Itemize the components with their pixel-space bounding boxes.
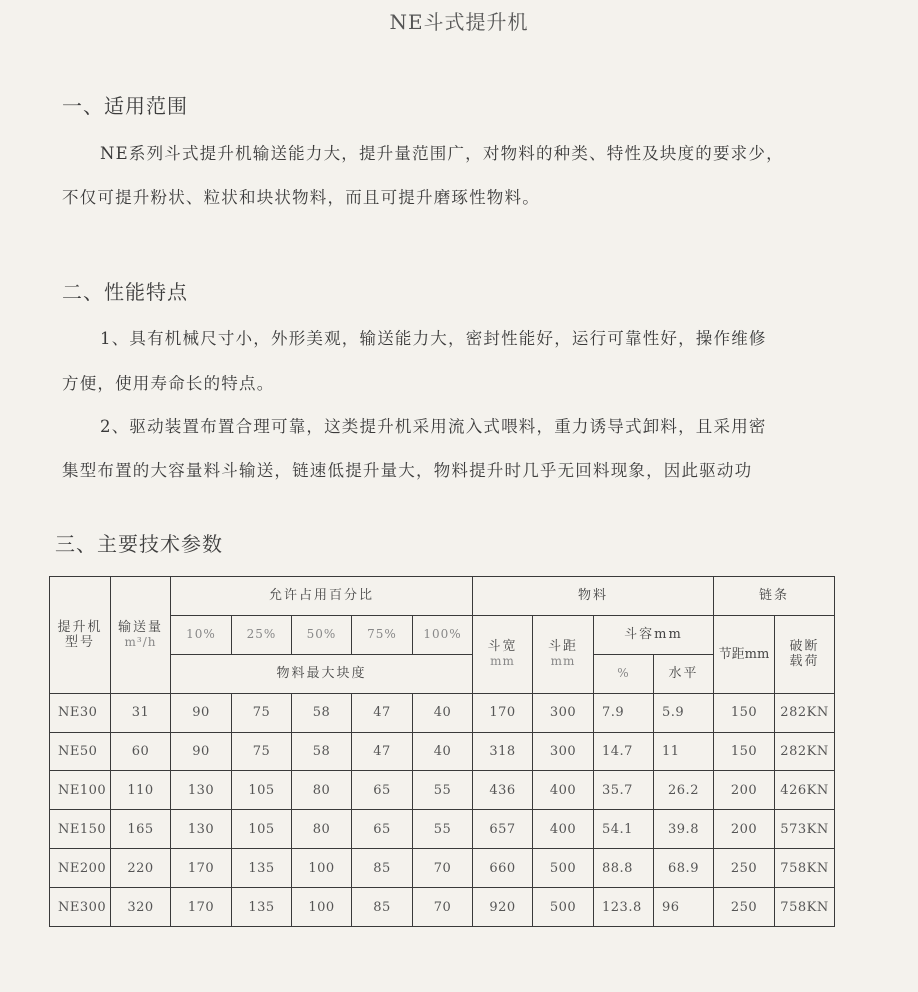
cell: 31 (111, 693, 171, 732)
cell: 65 (352, 810, 413, 849)
cell: 65 (352, 771, 413, 810)
cell: 75 (232, 732, 292, 771)
cell-model: NE200 (50, 849, 111, 888)
header-chain-group: 链条 (714, 577, 835, 616)
table-row: NE300 320 170 135 100 85 70 920 500 123.… (50, 888, 835, 927)
table-row: NE30 31 90 75 58 47 40 170 300 7.9 5.9 1… (50, 693, 835, 732)
cell: 135 (232, 849, 292, 888)
cell: 130 (171, 771, 232, 810)
cell: 135 (232, 888, 292, 927)
cell: 105 (232, 810, 292, 849)
table-row: NE50 60 90 75 58 47 40 318 300 14.7 11 1… (50, 732, 835, 771)
cell: 150 (714, 732, 775, 771)
cell: 282KN (775, 732, 835, 771)
table-row: NE200 220 170 135 100 85 70 660 500 88.8… (50, 849, 835, 888)
header-model-line1: 提升机 (50, 620, 110, 635)
cell: 60 (111, 732, 171, 771)
cell: 400 (533, 810, 594, 849)
cell: 920 (473, 888, 533, 927)
header-capacity: 输送量 m³/h (111, 577, 171, 694)
cell: 660 (473, 849, 533, 888)
cell: 47 (352, 693, 413, 732)
cell: 80 (292, 771, 352, 810)
cell: 47 (352, 732, 413, 771)
cell: 7.9 (594, 693, 654, 732)
paragraph: 1、具有机械尺寸小，外形美观，输送能力大，密封性能好，运行可靠性好，操作维修 (100, 325, 890, 349)
table-row: NE150 165 130 105 80 65 55 657 400 54.1 … (50, 810, 835, 849)
header-model-line2: 型号 (50, 635, 110, 650)
cell: 14.7 (594, 732, 654, 771)
cell: 105 (232, 771, 292, 810)
cell: 250 (714, 888, 775, 927)
header-bucket-width: 斗宽 mm (473, 615, 533, 693)
cell: 130 (171, 810, 232, 849)
cell: 300 (533, 693, 594, 732)
section-heading-specs: 三、主要技术参数 (55, 528, 223, 557)
cell: 75 (232, 693, 292, 732)
header-bucket-spacing-unit: mm (533, 654, 593, 669)
cell: 250 (714, 849, 775, 888)
cell: 123.8 (594, 888, 654, 927)
cell-model: NE50 (50, 732, 111, 771)
cell: 200 (714, 771, 775, 810)
cell: 150 (714, 693, 775, 732)
cell-model: NE100 (50, 771, 111, 810)
cell: 88.8 (594, 849, 654, 888)
header-occupancy-50: 50% (292, 615, 352, 654)
cell: 500 (533, 849, 594, 888)
spec-table: 提升机 型号 输送量 m³/h 允许占用百分比 物料 链条 10% 25% 50… (49, 576, 835, 927)
header-occupancy-25: 25% (232, 615, 292, 654)
cell: 39.8 (654, 810, 714, 849)
header-breaking-load: 破断 载荷 (775, 615, 835, 693)
paragraph: 2、驱动装置布置合理可靠，这类提升机采用流入式喂料，重力诱导式卸料，且采用密 (100, 413, 890, 437)
section-heading-scope: 一、适用范围 (62, 90, 188, 119)
header-occupancy-75: 75% (352, 615, 413, 654)
cell: 85 (352, 849, 413, 888)
cell: 11 (654, 732, 714, 771)
cell: 170 (473, 693, 533, 732)
header-bucket-width-unit: mm (473, 654, 532, 669)
cell-model: NE30 (50, 693, 111, 732)
cell: 90 (171, 693, 232, 732)
header-pitch: 节距mm (714, 615, 775, 693)
section-heading-features: 二、性能特点 (62, 276, 188, 305)
cell: 300 (533, 732, 594, 771)
cell: 657 (473, 810, 533, 849)
paragraph: 方便，使用寿命长的特点。 (62, 370, 852, 394)
cell: 573KN (775, 810, 835, 849)
cell: 35.7 (594, 771, 654, 810)
paragraph: NE系列斗式提升机输送能力大，提升量范围广，对物料的种类、特性及块度的要求少， (100, 140, 890, 164)
header-breaking-load-line1: 破断 (775, 639, 834, 654)
cell: 58 (292, 732, 352, 771)
cell-model: NE150 (50, 810, 111, 849)
cell: 70 (413, 849, 473, 888)
cell: 26.2 (654, 771, 714, 810)
cell: 5.9 (654, 693, 714, 732)
cell: 100 (292, 849, 352, 888)
cell: 68.9 (654, 849, 714, 888)
cell: 400 (533, 771, 594, 810)
header-capacity-label: 输送量 (111, 620, 170, 635)
cell: 70 (413, 888, 473, 927)
cell: 100 (292, 888, 352, 927)
cell: 110 (111, 771, 171, 810)
header-occupancy-group: 允许占用百分比 (171, 577, 473, 616)
table-row: NE100 110 130 105 80 65 55 436 400 35.7 … (50, 771, 835, 810)
cell: 318 (473, 732, 533, 771)
cell: 90 (171, 732, 232, 771)
header-model: 提升机 型号 (50, 577, 111, 694)
cell: 758KN (775, 849, 835, 888)
cell: 170 (171, 888, 232, 927)
cell: 500 (533, 888, 594, 927)
cell: 58 (292, 693, 352, 732)
cell: 54.1 (594, 810, 654, 849)
cell: 426KN (775, 771, 835, 810)
cell: 170 (171, 849, 232, 888)
header-breaking-load-line2: 载荷 (775, 654, 834, 669)
header-occupancy-10: 10% (171, 615, 232, 654)
cell: 96 (654, 888, 714, 927)
header-bucket-spacing: 斗距 mm (533, 615, 594, 693)
header-bucket-volume: 斗容mm (594, 615, 714, 654)
page-title: NE斗式提升机 (0, 6, 918, 35)
cell: 758KN (775, 888, 835, 927)
cell: 40 (413, 732, 473, 771)
cell: 220 (111, 849, 171, 888)
cell: 165 (111, 810, 171, 849)
header-capacity-unit: m³/h (111, 635, 170, 650)
cell: 80 (292, 810, 352, 849)
cell: 55 (413, 810, 473, 849)
cell: 436 (473, 771, 533, 810)
cell: 55 (413, 771, 473, 810)
paragraph: 集型布置的大容量料斗输送，链速低提升量大，物料提升时几乎无回料现象，因此驱动功 (62, 457, 852, 481)
cell: 40 (413, 693, 473, 732)
cell: 320 (111, 888, 171, 927)
cell: 282KN (775, 693, 835, 732)
header-max-lump: 物料最大块度 (171, 654, 473, 693)
header-occupancy-100: 100% (413, 615, 473, 654)
header-volume-percent: % (594, 654, 654, 693)
header-volume-level: 水平 (654, 654, 714, 693)
paragraph: 不仅可提升粉状、粒状和块状物料，而且可提升磨琢性物料。 (62, 184, 852, 208)
header-material-group: 物料 (473, 577, 714, 616)
cell: 85 (352, 888, 413, 927)
header-bucket-spacing-label: 斗距 (533, 639, 593, 654)
cell: 200 (714, 810, 775, 849)
cell-model: NE300 (50, 888, 111, 927)
header-bucket-width-label: 斗宽 (473, 639, 532, 654)
